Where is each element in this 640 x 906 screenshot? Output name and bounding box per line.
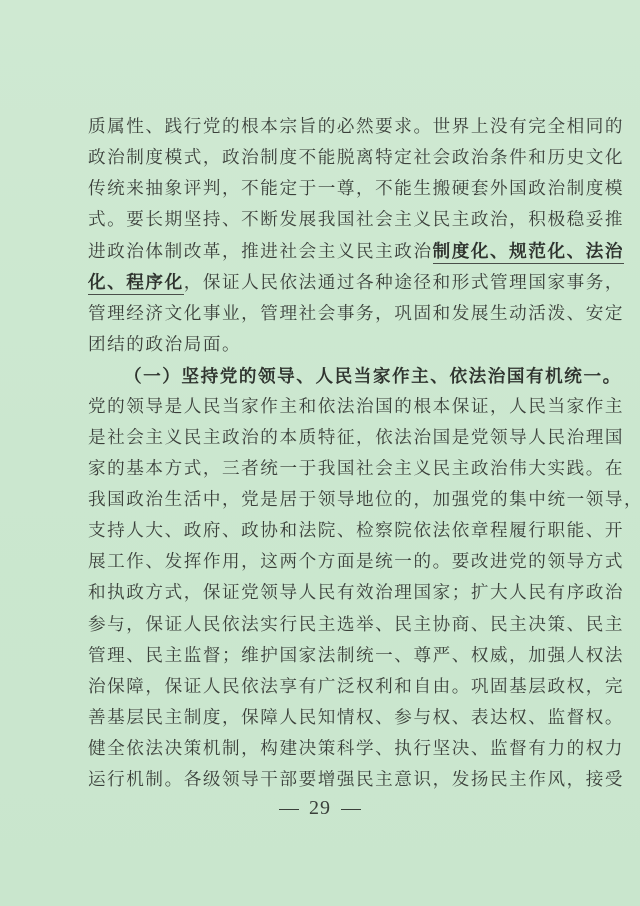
text-line: 管理经济文化事业，管理社会事务，巩固和发展生动活泼、安定 [88, 299, 564, 330]
text-segment: 进政治体制改革，推进社会主义民主政治 [88, 242, 433, 262]
text-line: 家的基本方式，三者统一于我国社会主义民主政治伟大实践。在 [88, 454, 564, 485]
document-page: 质属性、践行党的根本宗旨的必然要求。世界上没有完全相同的 政治制度模式，政治制度… [0, 0, 640, 906]
dash-left [279, 809, 299, 811]
text-segment: ，保证人民依法通过各种途径和形式管理国家事务， [184, 273, 624, 293]
text-line: 展工作、发挥作用，这两个方面是统一的。要改进党的领导方式 [88, 547, 564, 578]
emphasized-text: 制度化、规范化、法治 [433, 241, 624, 264]
text-line: 我国政治生活中，党是居于领导地位的，加强党的集中统一领导， [88, 485, 564, 516]
body-text: 质属性、践行党的根本宗旨的必然要求。世界上没有完全相同的 政治制度模式，政治制度… [88, 112, 564, 796]
text-line: 善基层民主制度，保障人民知情权、参与权、表达权、监督权。 [88, 703, 564, 734]
dash-right [341, 809, 361, 811]
emphasized-text: 化、程序化 [88, 272, 184, 295]
page-number-value: 29 [309, 797, 331, 819]
text-line: 式。要长期坚持、不断发展我国社会主义民主政治，积极稳妥推 [88, 205, 564, 236]
text-line: 党的领导是人民当家作主和依法治国的根本保证，人民当家作主 [88, 392, 564, 423]
text-line: 进政治体制改革，推进社会主义民主政治制度化、规范化、法治 [88, 236, 564, 267]
text-line: 化、程序化，保证人民依法通过各种途径和形式管理国家事务， [88, 267, 564, 298]
text-line: 治保障，保证人民依法享有广泛权利和自由。巩固基层政权，完 [88, 672, 564, 703]
text-line: 团结的政治局面。 [88, 330, 564, 361]
text-line: 支持人大、政府、政协和法院、检察院依法依章程履行职能、开 [88, 516, 564, 547]
text-line: 管理、民主监督；维护国家法制统一、尊严、权威，加强人权法 [88, 641, 564, 672]
text-line: 运行机制。各级领导干部要增强民主意识，发扬民主作风，接受 [88, 765, 564, 796]
text-line: 和执政方式，保证党领导人民有效治理国家；扩大人民有序政治 [88, 578, 564, 609]
text-line: 参与，保证人民依法实行民主选举、民主协商、民主决策、民主 [88, 610, 564, 641]
section-heading: （一）坚持党的领导、人民当家作主、依法治国有机统一。 [88, 361, 564, 392]
page-number: 29 [0, 797, 640, 820]
text-line: 传统来抽象评判，不能定于一尊，不能生搬硬套外国政治制度模 [88, 174, 564, 205]
text-line: 政治制度模式，政治制度不能脱离特定社会政治条件和历史文化 [88, 143, 564, 174]
text-line: 质属性、践行党的根本宗旨的必然要求。世界上没有完全相同的 [88, 112, 564, 143]
text-line: 健全依法决策机制，构建决策科学、执行坚决、监督有力的权力 [88, 734, 564, 765]
text-line: 是社会主义民主政治的本质特征，依法治国是党领导人民治理国 [88, 423, 564, 454]
